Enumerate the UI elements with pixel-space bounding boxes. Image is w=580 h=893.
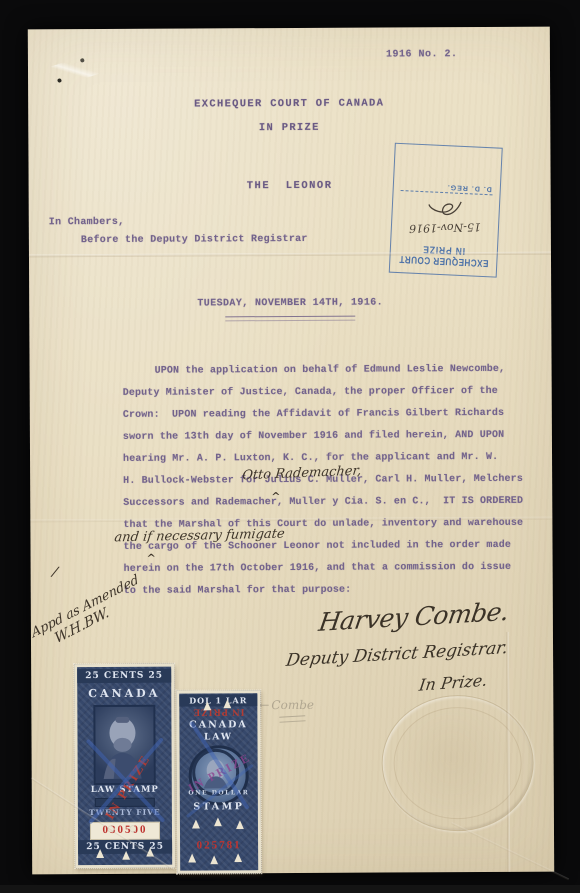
embossed-court-seal: [381, 695, 534, 832]
order-paragraph: UPON the application on behalf of Edmund…: [123, 364, 559, 608]
stamp-1d-top-band: DOL 1 LAR: [179, 694, 257, 706]
punch-hole: [130, 826, 136, 832]
registrar-initials-squiggle: [424, 194, 467, 220]
pencil-double-underline: [279, 715, 305, 722]
body-line: Deputy Minister of Justice, Canada, the …: [123, 386, 558, 410]
in-prize-overprint-inverted: IN PRIZE: [179, 706, 257, 717]
stamp-25c-bottom-band: 25 CENTS 25: [78, 840, 172, 854]
body-line: UPON the application on behalf of Edmund…: [123, 364, 558, 388]
chambers-line: In Chambers,: [49, 217, 125, 228]
stamp-1d-law: LAW: [179, 732, 257, 742]
pencil-annotation: ←Combe: [259, 698, 314, 712]
pencil-word: Combe: [271, 698, 314, 712]
body-line: Crown: UPON reading the Affidavit of Fra…: [123, 408, 558, 432]
registry-stamp-handwritten-date: 15-Nov-1916: [409, 220, 481, 235]
paper-crease: [506, 632, 510, 872]
staple-scuff-mark: [51, 53, 100, 88]
hearing-date: TUESDAY, NOVEMBER 14TH, 1916.: [29, 297, 551, 311]
stamp-1d-serial-number: 025781: [180, 839, 258, 851]
revenue-stamp-1-dollar: DOL 1 LAR IN PRIZE CANADA LAW ONE DOLLAR…: [176, 690, 261, 873]
stamp-25c-country: CANADA: [77, 687, 171, 700]
body-line: herein on the 17th October 1916, and tha…: [124, 562, 559, 586]
document-page: 1916 No. 2. EXCHEQUER COURT OF CANADA IN…: [28, 27, 554, 875]
registry-date-stamp: EXCHEQUER COURT IN PRIZE 15-Nov-1916 D. …: [389, 143, 503, 278]
signature-title: Deputy District Registrar.: [285, 638, 510, 671]
body-line: sworn the 13th day of November 1916 and …: [123, 430, 558, 454]
insertion-caret: ^: [147, 552, 156, 565]
hearing-date-underline: [225, 316, 355, 322]
margin-approval-note: Appd as Amended W.H.BW.: [29, 573, 149, 655]
case-number: 1916 No. 2.: [386, 49, 458, 60]
pencil-arrow-icon: ←: [259, 698, 269, 712]
stamp-25c-top-band: 25 CENTS 25: [77, 669, 171, 683]
photo-background: 1916 No. 2. EXCHEQUER COURT OF CANADA IN…: [0, 0, 580, 893]
before-line: Before the Deputy District Registrar: [81, 234, 308, 246]
signature-division: In Prize.: [418, 670, 489, 694]
court-title: EXCHEQUER COURT OF CANADA: [28, 97, 550, 112]
court-subtitle: IN PRIZE: [28, 121, 550, 136]
margin-ink-tick: /: [51, 564, 59, 581]
insertion-caret: ^: [271, 490, 280, 503]
